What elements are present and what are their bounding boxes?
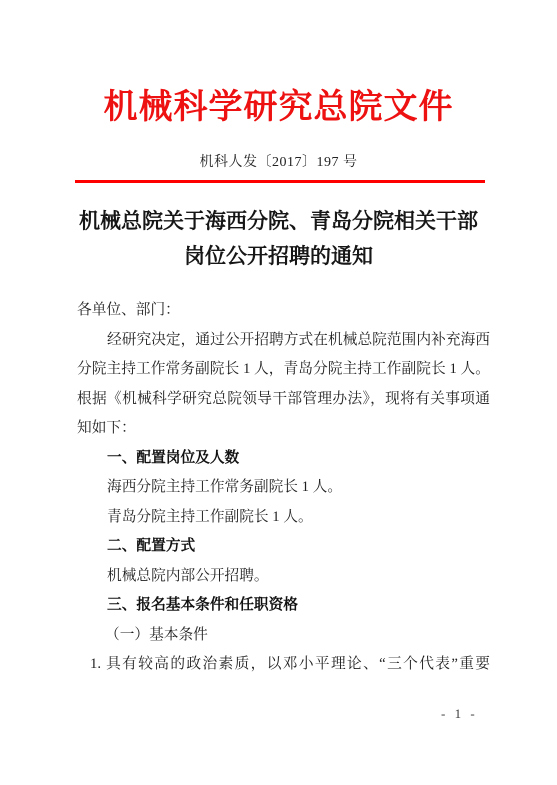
red-divider-line <box>75 180 485 183</box>
body-line-paragraph: 经研究决定，通过公开招聘方式在机械总院范围内补充海西 <box>77 326 490 356</box>
subsection-heading: （一）基本条件 <box>77 621 490 651</box>
body-line-item: 机械总院内部公开招聘。 <box>77 562 490 592</box>
body-line-salutation: 各单位、部门： <box>77 296 490 326</box>
body-line-item: 青岛分院主持工作副院长 1 人。 <box>77 503 490 533</box>
section-heading-2: 二、配置方式 <box>77 532 490 562</box>
document-number: 机科人发〔2017〕197 号 <box>0 151 557 171</box>
body-line-paragraph: 知如下： <box>77 414 490 444</box>
notice-subject-line2: 岗位公开招聘的通知 <box>0 239 557 274</box>
document-page: 机械科学研究总院文件 机科人发〔2017〕197 号 机械总院关于海西分院、青岛… <box>0 0 557 785</box>
body-line-item: 海西分院主持工作常务副院长 1 人。 <box>77 473 490 503</box>
section-heading-1: 一、配置岗位及人数 <box>77 444 490 474</box>
notice-subject-line1: 机械总院关于海西分院、青岛分院相关干部 <box>0 204 557 239</box>
document-header-title: 机械科学研究总院文件 <box>0 88 557 128</box>
document-body: 各单位、部门： 经研究决定，通过公开招聘方式在机械总院范围内补充海西 分院主持工… <box>77 296 490 680</box>
section-heading-3: 三、报名基本条件和任职资格 <box>77 591 490 621</box>
body-line-paragraph: 分院主持工作常务副院长 1 人，青岛分院主持工作副院长 1 人。 <box>77 355 490 385</box>
body-line-numbered-item: 1. 具有较高的政治素质，以邓小平理论、“三个代表”重要 <box>77 650 490 680</box>
page-number: - 1 - <box>441 706 478 722</box>
body-line-paragraph: 根据《机械科学研究总院领导干部管理办法》，现将有关事项通 <box>77 385 490 415</box>
notice-subject: 机械总院关于海西分院、青岛分院相关干部 岗位公开招聘的通知 <box>0 204 557 274</box>
